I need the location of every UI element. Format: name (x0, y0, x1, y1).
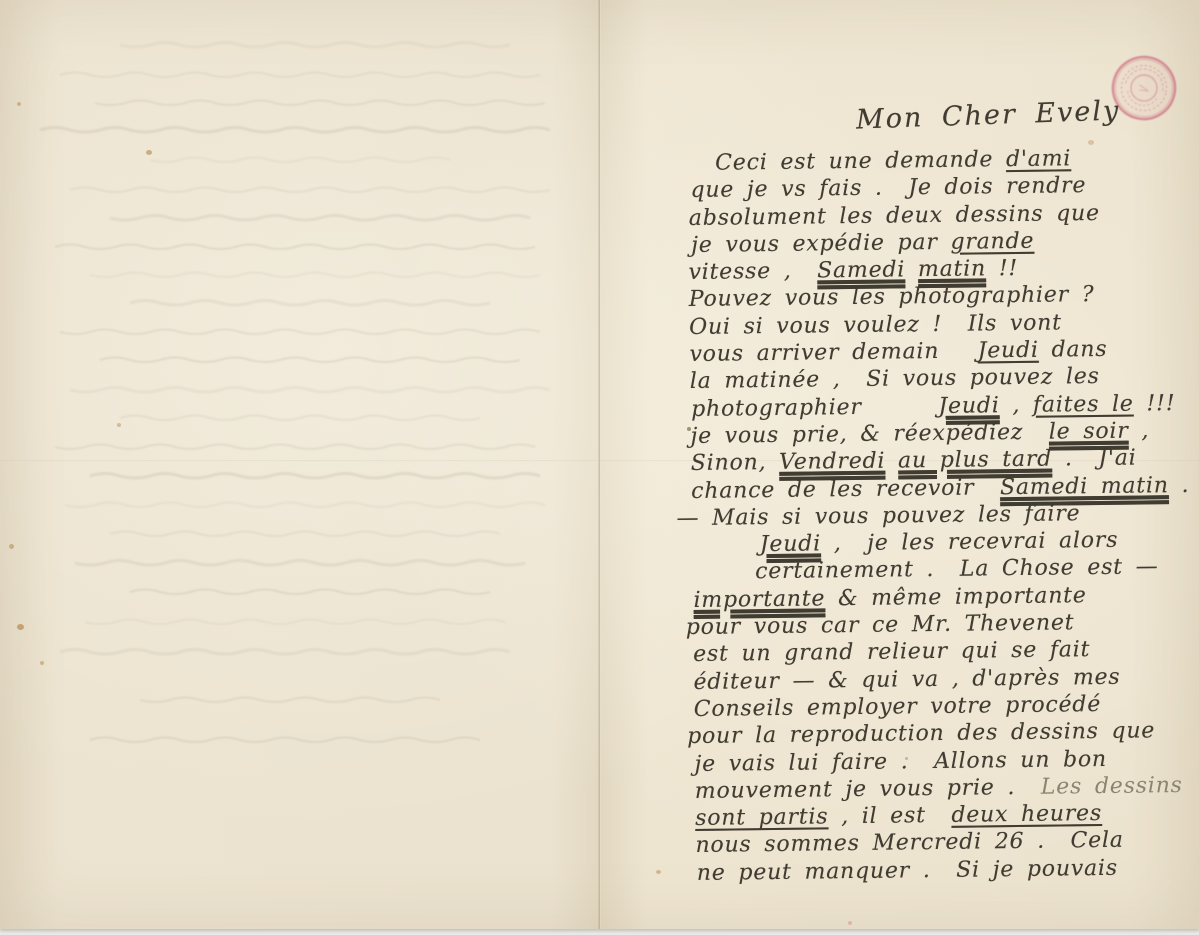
letter-text-segment: . (1169, 472, 1190, 497)
letter-text-segment: mouvement je vous prie . (695, 775, 1041, 804)
letter-text-segment: , (999, 392, 1033, 417)
letter-text-segment: — Mais si vous pouvez les faire (676, 501, 1080, 531)
foxing-spot (40, 661, 44, 665)
foxing-spot (117, 423, 121, 427)
ghost-writing-show-through (0, 0, 599, 929)
letter-text-segment: Pouvez vous les photographier ? (689, 283, 1095, 313)
letter-sheet: Mon Cher Evely Ceci est une demande d'am… (0, 0, 1199, 929)
letter-text-segment: Oui si vous voulez ! Ils vont (689, 310, 1062, 340)
letter-text-segment: je vous prie, & réexpédiez (690, 420, 1049, 449)
letter-text-segment: , il est (828, 803, 951, 830)
letter-text-segment: pour la reproduction des dessins que (687, 719, 1155, 750)
foxing-spot (17, 624, 24, 630)
letter-text-segment: Vendredi (779, 449, 886, 475)
letter-text-segment: ne peut manquer . Si je pouvais (697, 856, 1118, 886)
letter-page-left (0, 0, 599, 929)
letter-text-segment: certainement . La Chose est — (755, 555, 1159, 585)
letter-text-segment: d'ami (1006, 146, 1071, 172)
letter-text-segment: deux heures (951, 801, 1102, 828)
foxing-spot (656, 870, 661, 874)
foxing-spot (848, 921, 852, 925)
letter-text-segment: vitesse , (688, 259, 817, 286)
letter-text-segment: Samedi (817, 258, 905, 284)
letter-text-segment: , je les recevrai alors (821, 528, 1119, 557)
letter-text-segment: Jeudi (977, 338, 1038, 364)
letter-text-segment: le soir (1049, 419, 1129, 445)
letter-text-segment: Ceci est une demande (715, 147, 1006, 176)
letter-text-segment: grande (950, 229, 1034, 255)
foxing-spot (146, 150, 152, 155)
letter-text-segment: & même importante (825, 583, 1087, 611)
foxing-spot (17, 102, 21, 106)
letter-text-segment: matin (918, 257, 986, 283)
letter-text-segment: éditeur — & qui va , d'après mes (693, 664, 1120, 694)
letter-body: Ceci est une demande d'amique je vs fais… (687, 144, 1199, 887)
letter-text-segment: Samedi matin (1000, 473, 1169, 500)
letter-text-segment (885, 449, 898, 474)
letter-text-segment: sont partis (695, 804, 829, 831)
foxing-spot (9, 544, 14, 549)
letter-text-segment: je vais lui faire . Allons un bon (694, 746, 1107, 776)
letter-text-segment: vous arriver demain (689, 339, 977, 368)
letter-text-segment: je vous expédie par (691, 230, 951, 258)
letter-line: certainement . La Chose est — (755, 553, 1199, 586)
letter-text-segment: , (1128, 418, 1149, 443)
letter-text-segment: la matinée , Si vous pouvez les (690, 364, 1100, 394)
foxing-spot (687, 427, 691, 431)
letter-text-segment: importante (693, 586, 825, 613)
letter-text-segment: nous sommes Mercredi 26 . Cela (695, 828, 1124, 858)
letter-text-segment: que je vs fais . Je dois rendre (690, 173, 1086, 203)
letter-text-segment: absolument les deux dessins que (689, 201, 1100, 231)
foxing-spot (1088, 140, 1094, 145)
letter-text-segment: Jeudi (938, 393, 999, 419)
letter-text-segment: faites le (1033, 391, 1134, 417)
letter-text-segment: chance de les recevoir (691, 475, 1000, 504)
letter-text-segment: Conseils employer votre procédé (694, 692, 1102, 722)
letter-text-segment: est un grand relieur qui se fait (693, 637, 1090, 667)
letter-text-segment: dans (1039, 337, 1108, 363)
letter-text-segment: !! (986, 256, 1018, 281)
letter-text-segment: Les dessins (1041, 773, 1183, 800)
letter-text-segment: photographier (691, 394, 939, 422)
letter-text-segment (905, 257, 918, 282)
letter-text-segment: !!! (1134, 391, 1176, 417)
letter-text-segment: . J'ai (1052, 446, 1137, 472)
letter-text-segment: Sinon, (691, 450, 780, 476)
foxing-spot (905, 757, 908, 760)
letter-text-segment: pour vous car ce Mr. Thevenet (686, 610, 1075, 640)
letter-text-segment: Jeudi (760, 532, 821, 558)
letter-text-segment: au plus tard (898, 447, 1052, 474)
